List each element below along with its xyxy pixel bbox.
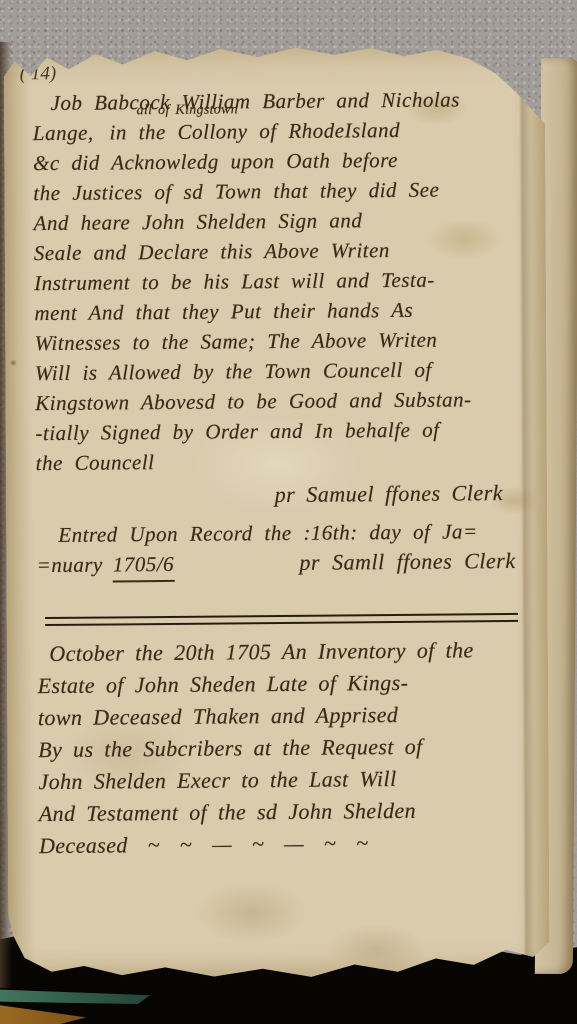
attestation-line-with-insertion: Lange,all of Kingstownin the Collony of … bbox=[33, 114, 530, 148]
attestation-line: the Councell bbox=[36, 444, 533, 478]
attestation-line: ment And that they Put their hands As bbox=[34, 294, 531, 328]
attestation-line: And heare John Shelden Sign and bbox=[33, 204, 530, 238]
attestation-line: Seale and Declare this Above Writen bbox=[34, 234, 531, 268]
inventory-line: October the 20th 1705 An Inventory of th… bbox=[37, 634, 534, 670]
clerk-signature: pr Samuel ffones Clerk bbox=[36, 476, 533, 514]
record-entry-line: =nuary 1705/6 pr Samll ffones Clerk bbox=[36, 546, 533, 583]
inventory-line: And Testament of the sd John Shelden bbox=[39, 794, 536, 830]
inventory-line: Estate of John Sheden Late of Kings- bbox=[38, 666, 535, 702]
handwritten-text-block: Job Babcock William Barber and Nicholas … bbox=[32, 84, 536, 862]
section-divider-rule bbox=[45, 613, 518, 626]
interline-insertion: all of Kingstown bbox=[137, 103, 238, 118]
attestation-line: Instrument to be his Last will and Testa… bbox=[34, 264, 531, 298]
manuscript-page: ( 14) Job Babcock William Barber and Nic… bbox=[4, 43, 550, 980]
record-entry-prefix: =nuary bbox=[36, 550, 102, 581]
attestation-line2-after: in the Collony of RhodeIsland bbox=[109, 118, 400, 145]
page-number: ( 14) bbox=[20, 63, 57, 85]
attestation-line: Job Babcock William Barber and Nicholas bbox=[32, 84, 529, 118]
record-entry-line: Entred Upon Record the :16th: day of Ja= bbox=[36, 516, 533, 550]
attestation-line: -tially Signed by Order and In behalfe o… bbox=[35, 414, 532, 448]
attestation-line: Will is Allowed by the Town Councell of bbox=[35, 354, 532, 388]
attestation-line: the Justices of sd Town that they did Se… bbox=[33, 174, 530, 208]
inventory-line: town Deceased Thaken and Apprised bbox=[38, 698, 535, 734]
attestation-line: Witnesses to the Same; The Above Writen bbox=[35, 324, 532, 358]
attestation-line: &c did Acknowledg upon Oath before bbox=[33, 144, 530, 178]
inventory-line: By us the Subcribers at the Request of bbox=[38, 730, 535, 766]
inventory-line: John Shelden Execr to the Last Will bbox=[38, 762, 535, 798]
attestation-line: Kingstown Abovesd to be Good and Substan… bbox=[35, 384, 532, 418]
clerk-signature: pr Samll ffones Clerk bbox=[299, 546, 515, 578]
record-entry-date: 1705/6 bbox=[113, 549, 175, 583]
inventory-line: Deceased ~ ~ — ~ — ~ ~ bbox=[39, 826, 536, 862]
manuscript-photo: ( 14) Job Babcock William Barber and Nic… bbox=[0, 0, 577, 1024]
attestation-line2-before: Lange, bbox=[33, 121, 94, 146]
